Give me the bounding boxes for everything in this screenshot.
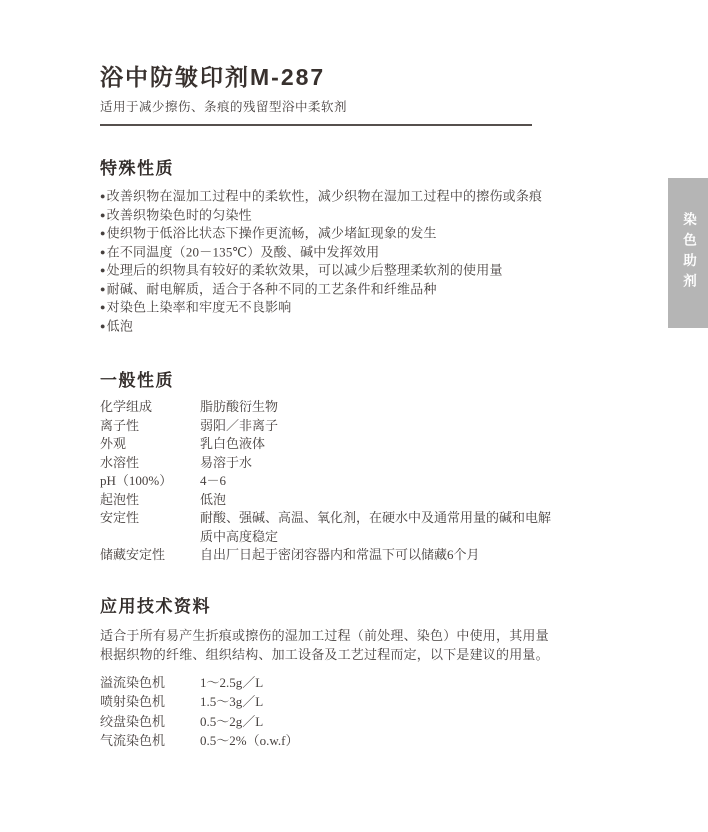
bullet-icon: ● (100, 191, 106, 201)
dosage-value: 0.5～2g／L (200, 712, 556, 732)
bullet-icon: ● (100, 210, 106, 220)
dosage-value: 0.5～2%（o.w.f） (200, 731, 556, 751)
property-value: 易溶于水 (200, 454, 556, 473)
bullet-text: 改善织物染色时的匀染性 (107, 207, 252, 222)
bullet-item: ●低泡 (100, 317, 556, 336)
bullet-item: ●改善织物染色时的匀染性 (100, 206, 556, 225)
page-subtitle: 适用于减少擦伤、条痕的残留型浴中柔软剂 (100, 97, 532, 115)
bullet-text: 处理后的织物具有较好的柔软效果，可以减少后整理柔软剂的使用量 (107, 263, 503, 278)
dosage-row: 喷射染色机 1.5～3g／L (100, 692, 556, 712)
bullet-item: ●改善织物在湿加工过程中的柔软性，减少织物在湿加工过程中的擦伤或条痕 (100, 187, 556, 206)
dosage-label: 气流染色机 (100, 731, 200, 751)
section-special-properties: 特殊性质 ●改善织物在湿加工过程中的柔软性，减少织物在湿加工过程中的擦伤或条痕 … (100, 154, 556, 335)
document-header: 浴中防皱印剂M-287 适用于减少擦伤、条痕的残留型浴中柔软剂 (100, 64, 532, 126)
property-value: 自出厂日起于密闭容器内和常温下可以储藏6个月 (200, 546, 556, 565)
property-row: 离子性 弱阳／非离子 (100, 417, 556, 436)
bullet-icon: ● (100, 321, 106, 331)
bullet-icon: ● (100, 228, 106, 238)
bullet-item: ●耐碱、耐电解质，适合于各种不同的工艺条件和纤维品种 (100, 280, 556, 299)
property-row: pH（100%） 4－6 (100, 472, 556, 491)
property-label: 安定性 (100, 509, 200, 546)
property-row: 化学组成 脂肪酸衍生物 (100, 398, 556, 417)
bullet-icon: ● (100, 284, 106, 294)
section-general-properties: 一般性质 化学组成 脂肪酸衍生物 离子性 弱阳／非离子 外观 乳白色液体 水溶性… (100, 366, 556, 565)
dosage-row: 气流染色机 0.5～2%（o.w.f） (100, 731, 556, 751)
property-value: 乳白色液体 (200, 435, 556, 454)
side-tab-dyeing-auxiliaries: 染色助剂 (668, 178, 708, 328)
bullet-text: 使织物于低浴比状态下操作更流畅，减少堵缸现象的发生 (107, 226, 437, 241)
dosage-row: 绞盘染色机 0.5～2g／L (100, 712, 556, 732)
dosage-label: 溢流染色机 (100, 673, 200, 693)
property-label: 储藏安定性 (100, 546, 200, 565)
dosage-value: 1～2.5g／L (200, 673, 556, 693)
property-value: 低泡 (200, 491, 556, 510)
bullet-item: ●在不同温度（20－135℃）及酸、碱中发挥效用 (100, 243, 556, 262)
dosage-label: 绞盘染色机 (100, 712, 200, 732)
bullet-text: 改善织物在湿加工过程中的柔软性，减少织物在湿加工过程中的擦伤或条痕 (107, 189, 543, 204)
bullet-item: ●使织物于低浴比状态下操作更流畅，减少堵缸现象的发生 (100, 224, 556, 243)
dosage-table: 溢流染色机 1～2.5g／L 喷射染色机 1.5～3g／L 绞盘染色机 0.5～… (100, 673, 556, 751)
property-label: 起泡性 (100, 491, 200, 510)
section-heading-special-properties: 特殊性质 (100, 154, 556, 179)
dosage-label: 喷射染色机 (100, 692, 200, 712)
property-value: 脂肪酸衍生物 (200, 398, 556, 417)
section-application-data: 应用技术资料 适合于所有易产生折痕或擦伤的湿加工过程（前处理、染色）中使用，其用… (100, 592, 556, 751)
application-intro: 适合于所有易产生折痕或擦伤的湿加工过程（前处理、染色）中使用，其用量根据织物的纤… (100, 626, 556, 664)
bullet-item: ●处理后的织物具有较好的柔软效果，可以减少后整理柔软剂的使用量 (100, 261, 556, 280)
property-row: 起泡性 低泡 (100, 491, 556, 510)
property-label: pH（100%） (100, 472, 200, 491)
property-value: 耐酸、强碱、高温、氧化剂，在硬水中及通常用量的碱和电解质中高度稳定 (200, 509, 556, 546)
property-row: 储藏安定性 自出厂日起于密闭容器内和常温下可以储藏6个月 (100, 546, 556, 565)
property-label: 外观 (100, 435, 200, 454)
dosage-value: 1.5～3g／L (200, 692, 556, 712)
section-heading-application-data: 应用技术资料 (100, 592, 556, 617)
bullet-icon: ● (100, 247, 106, 257)
bullet-text: 对染色上染率和牢度无不良影响 (107, 300, 292, 315)
document-body: 浴中防皱印剂M-287 适用于减少擦伤、条痕的残留型浴中柔软剂 特殊性质 ●改善… (100, 64, 556, 751)
bullet-icon: ● (100, 302, 106, 312)
general-properties-table: 化学组成 脂肪酸衍生物 离子性 弱阳／非离子 外观 乳白色液体 水溶性 易溶于水… (100, 398, 556, 565)
property-row: 安定性 耐酸、强碱、高温、氧化剂，在硬水中及通常用量的碱和电解质中高度稳定 (100, 509, 556, 546)
bullet-text: 在不同温度（20－135℃）及酸、碱中发挥效用 (107, 244, 380, 259)
side-tab-label: 染色助剂 (678, 212, 698, 294)
dosage-row: 溢流染色机 1～2.5g／L (100, 673, 556, 693)
bullet-icon: ● (100, 265, 106, 275)
special-properties-list: ●改善织物在湿加工过程中的柔软性，减少织物在湿加工过程中的擦伤或条痕 ●改善织物… (100, 187, 556, 335)
property-label: 水溶性 (100, 454, 200, 473)
property-row: 外观 乳白色液体 (100, 435, 556, 454)
bullet-text: 低泡 (107, 318, 133, 333)
property-value: 弱阳／非离子 (200, 417, 556, 436)
bullet-text: 耐碱、耐电解质，适合于各种不同的工艺条件和纤维品种 (107, 281, 437, 296)
section-heading-general-properties: 一般性质 (100, 366, 556, 391)
bullet-item: ●对染色上染率和牢度无不良影响 (100, 298, 556, 317)
page-title: 浴中防皱印剂M-287 (100, 64, 532, 90)
property-label: 离子性 (100, 417, 200, 436)
property-row: 水溶性 易溶于水 (100, 454, 556, 473)
property-value: 4－6 (200, 472, 556, 491)
property-label: 化学组成 (100, 398, 200, 417)
